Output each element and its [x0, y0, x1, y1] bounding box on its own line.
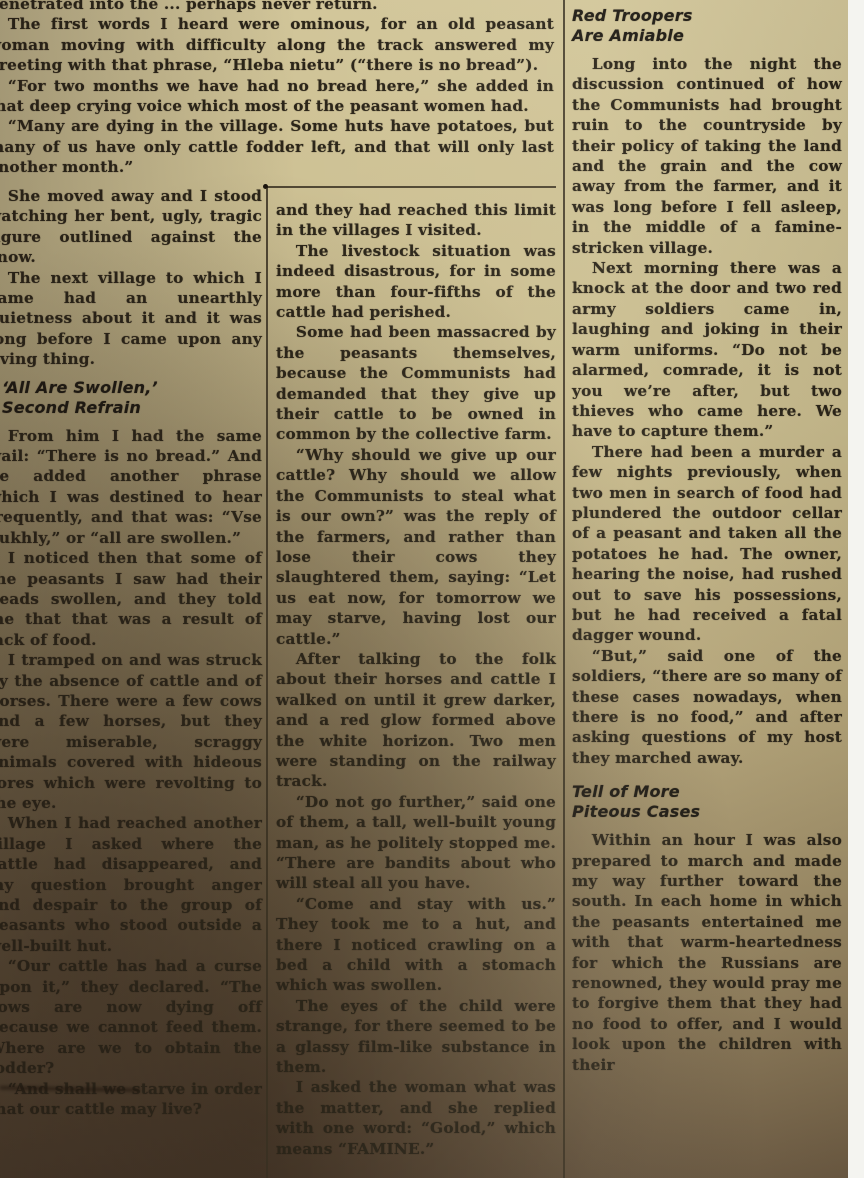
- paragraph: The eyes of the child were strange, for …: [276, 996, 556, 1078]
- column-1: She moved away and I stood watching her …: [0, 186, 262, 1119]
- paragraph: “Our cattle has had a curse upon it,” th…: [0, 956, 262, 1078]
- paragraph: Some had been massacred by the peasants …: [276, 322, 556, 444]
- paragraph: Next morning there was a knock at the do…: [572, 258, 842, 442]
- paragraph: and they had reached this limit in the v…: [276, 200, 556, 241]
- paragraph: The next village to which I came had an …: [0, 268, 262, 370]
- paragraph: Within an hour I was also prepared to ma…: [572, 830, 842, 1075]
- newspaper-clipping: penetrated into the ... perhaps never re…: [0, 0, 848, 1178]
- paragraph: When I had reached another village I ask…: [0, 813, 262, 956]
- paragraph: She moved away and I stood watching her …: [0, 186, 262, 268]
- paragraph: “For two months we have had no bread her…: [0, 76, 554, 117]
- paragraph: “But,” said one of the soldiers, “there …: [572, 646, 842, 768]
- paragraph: From him I had the same wail: “There is …: [0, 426, 262, 548]
- paragraph: I asked the woman what was the matter, a…: [276, 1077, 556, 1159]
- subheading-tell-of-more: Tell of More Piteous Cases: [572, 782, 842, 822]
- paragraph: “Come and stay with us.” They took me to…: [276, 894, 556, 996]
- column-rule-1: [266, 188, 268, 1178]
- subheading-red-troopers: Red Troopers Are Amiable: [572, 6, 842, 46]
- column-2: and they had reached this limit in the v…: [276, 200, 556, 1159]
- paragraph: The livestock situation was indeed disas…: [276, 241, 556, 323]
- column-3: Red Troopers Are Amiable Long into the n…: [572, 4, 842, 1075]
- paragraph: penetrated into the ... perhaps never re…: [0, 0, 554, 14]
- paragraph: “Do not go further,” said one of them, a…: [276, 792, 556, 894]
- column-rule-2: [563, 0, 565, 1178]
- top-block-text: penetrated into the ... perhaps never re…: [0, 0, 554, 178]
- paragraph: “And shall we starve in order that our c…: [0, 1079, 262, 1120]
- paragraph: “Why should we give up our cattle? Why s…: [276, 445, 556, 649]
- paragraph: “Many are dying in the village. Some hut…: [0, 116, 554, 177]
- paragraph: There had been a murder a few nights pre…: [572, 442, 842, 646]
- paragraph: I noticed then that some of the peasants…: [0, 548, 262, 650]
- paragraph: After talking to the folk about their ho…: [276, 649, 556, 792]
- subheading-all-are-swollen: ‘All Are Swollen,’ Second Refrain: [2, 378, 262, 418]
- horizontal-column-rule: [266, 186, 556, 188]
- paragraph: I tramped on and was struck by the absen…: [0, 650, 262, 813]
- paragraph: The first words I heard were ominous, fo…: [0, 14, 554, 75]
- paragraph: Long into the night the discussion conti…: [572, 54, 842, 258]
